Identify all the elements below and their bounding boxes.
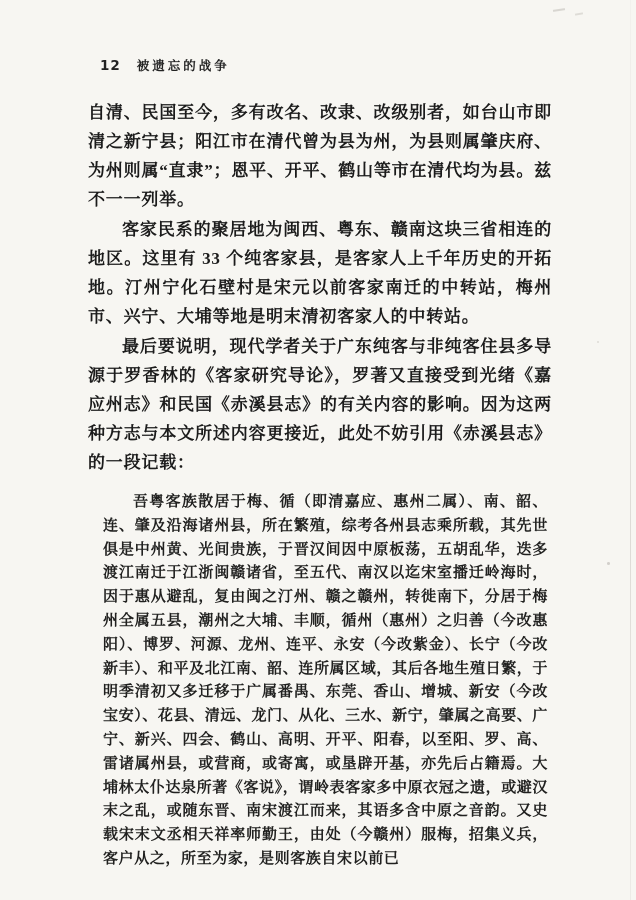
paragraph-sources-note: 最后要说明，现代学者关于广东纯客与非纯客住县多导源于罗香林的《客家研究导论》，罗… <box>88 332 552 477</box>
scan-artifact <box>553 8 565 12</box>
paragraph-hakka-region: 客家民系的聚居地为闽西、粤东、赣南这块三省相连的地区。这里有 33 个纯客家县，… <box>88 215 552 331</box>
scan-edge-line <box>630 0 631 900</box>
page-content: 12 被遗忘的战争 自清、民国至今，多有改名、改隶、改级别者，如台山市即清之新宁… <box>88 56 552 872</box>
scanned-book-page: 12 被遗忘的战争 自清、民国至今，多有改名、改隶、改级别者，如台山市即清之新宁… <box>0 0 636 900</box>
main-text: 自清、民国至今，多有改名、改隶、改级别者，如台山市即清之新宁县；阳江市在清代曾为… <box>88 98 552 872</box>
page-number: 12 <box>100 58 121 74</box>
scan-artifact <box>597 341 599 343</box>
running-header: 12 被遗忘的战争 <box>100 56 552 74</box>
block-quote-chixi-gazetteer: 吾粤客族散居于梅、循（即清嘉应、惠州二属）、南、韶、连、肇及沿海诸州县，所在繁殖… <box>103 491 548 872</box>
paragraph-continuation: 自清、民国至今，多有改名、改隶、改级别者，如台山市即清之新宁县；阳江市在清代曾为… <box>88 98 552 214</box>
scan-artifact <box>575 12 583 15</box>
scan-artifact <box>607 562 610 565</box>
running-title: 被遗忘的战争 <box>137 56 230 74</box>
